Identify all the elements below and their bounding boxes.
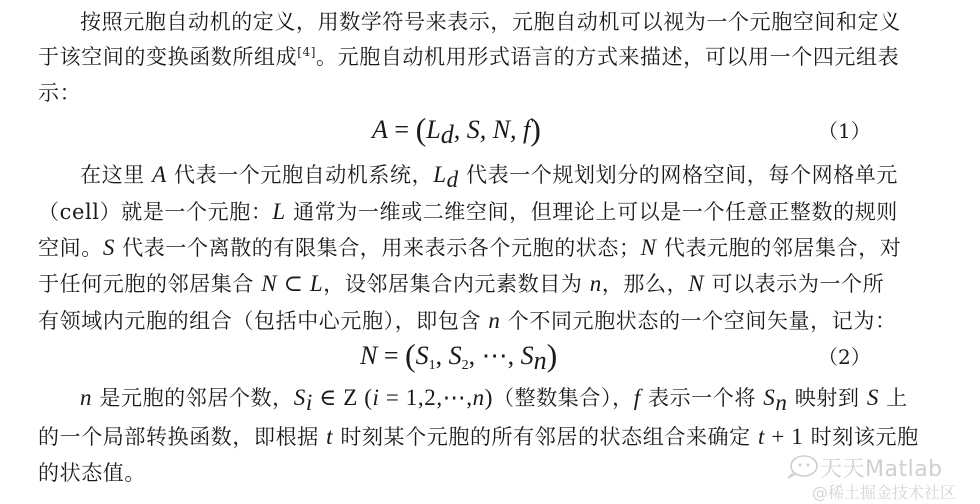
math-var: S [763,385,775,410]
text: 代表一个元胞自动机系统， [167,163,433,187]
math-var: S [521,341,534,370]
text: ，设邻居集合内元素数目为 [323,272,589,296]
math-sub: i [306,390,313,415]
math-paren: ( [405,337,416,373]
watermark-account: 天天Matlab [820,452,943,483]
text: 代表一个规划划分的网格空间，每个网格单元 [459,163,898,187]
math-op: = [377,341,405,370]
math-var: A [152,162,167,187]
math-op: + 1 [765,424,803,449]
equation-2: N = (S1, S2, ⋯, Sn) [360,340,557,371]
math-paren: ( [416,111,427,147]
math-var: t [758,424,765,449]
math-var: S [867,385,879,410]
text: 通常为一维或二维空间，但理论上可以是一个任意正整数的规则 [286,200,898,224]
paragraph-1-line-2: 于该空间的变换函数所组成[4]。元胞自动机用形式语言的方式来描述，可以用一个四元… [38,44,938,70]
citation-ref[interactable]: [4] [297,45,316,59]
text: 空间。 [38,236,103,260]
equation-2-number: （2） [818,344,871,370]
paragraph-3-line-1: n 是元胞的邻居个数，Si ∈ Z (i = 1,2,⋯,n)（整数集合），f … [80,385,980,411]
math-sub: n [534,346,547,375]
paragraph-1-line-1: 按照元胞自动机的定义，用数学符号来表示，元胞自动机可以视为一个元胞空间和定义 [80,9,980,35]
text: 是元胞的邻居个数， [92,386,294,410]
math-var: L [272,199,285,224]
text: 的状态值。 [38,461,146,485]
text: 时刻某个元胞的所有邻居的状态组合来确定 [333,425,758,449]
math-sub: 1 [429,358,436,373]
math-var: N [688,271,704,296]
math-op: , ⋯, [469,341,521,370]
paragraph-2-line-2: （cell）就是一个元胞：L 通常为一维或二维空间，但理论上可以是一个任意正整数… [38,199,938,225]
math-var: L [310,271,323,296]
text: （cell）就是一个元胞： [38,200,272,224]
math-sub: 2 [462,358,469,373]
text: 个不同元胞状态的一个空间矢量，记为： [500,309,896,333]
math-var: f [634,385,641,410]
paragraph-2-line-5: 有领域内元胞的组合（包括中心元胞），即包含 n 个不同元胞状态的一个空间矢量，记… [38,308,938,334]
math-op: = [388,115,416,144]
math-var: S [103,235,115,260]
text: （整数集合）， [493,386,634,410]
text: 于该空间的变换函数所组成 [38,45,297,69]
paragraph-2-line-3: 空间。S 代表一个离散的有限集合，用来表示各个元胞的状态；N 代表元胞的邻居集合… [38,235,938,261]
text: 表示一个将 [641,386,764,410]
text: 的一个局部转换函数，即根据 [38,425,326,449]
equation-1-number: （1） [818,118,871,144]
math-sub: d [447,167,459,192]
text: 代表元胞的邻居集合，对 [657,236,902,260]
math-sub: d [441,120,454,149]
math-var: A [372,115,388,144]
math-var: L [426,115,440,144]
math-paren: ) [547,337,558,373]
text: 代表一个离散的有限集合，用来表示各个元胞的状态； [115,236,641,260]
math-sub: n [775,390,787,415]
equation-1: A = (Ld, S, N, f) [372,114,541,145]
math-var: i [373,385,380,410]
paragraph-1-line-3: 示： [38,80,938,106]
math-var: S [416,341,429,370]
math-vars: , S, N, f [454,115,531,144]
math-var: n [488,308,500,333]
math-var: N [360,341,377,370]
math-var: S [294,385,306,410]
paragraph-2-line-4: 于任何元胞的邻居集合 N ⊂ L，设邻居集合内元素数目为 n，那么，N 可以表示… [38,271,938,297]
text: 于任何元胞的邻居集合 [38,272,261,296]
math-op: ⊂ [277,271,310,296]
text: 示： [38,81,81,105]
text: 。元胞自动机用形式语言的方式来描述，可以用一个四元组表 [316,45,899,69]
watermark-site: @稀土掘金技术社区 [812,480,956,503]
math-var: n [473,385,485,410]
math-var: L [433,162,446,187]
math-var: n [80,385,92,410]
text: 按照元胞自动机的定义，用数学符号来表示，元胞自动机可以视为一个元胞空间和定义 [80,10,901,34]
wechat-icon [780,452,820,482]
math-var: S [449,341,462,370]
paragraph-2-line-1: 在这里 A 代表一个元胞自动机系统，Ld 代表一个规划划分的网格空间，每个网格单… [80,162,980,188]
text: 时刻该元胞 [803,425,918,449]
text: 在这里 [80,163,152,187]
math-var: n [590,271,602,296]
math-paren: ( [364,385,372,410]
text: 有领域内元胞的组合（包括中心元胞），即包含 [38,309,488,333]
math-paren: ) [485,385,493,410]
text: 上 [879,386,908,410]
math-var: N [641,235,657,260]
math-paren: ) [530,111,541,147]
text: 可以表示为一个所 [704,272,884,296]
math-op: = 1,2,⋯, [380,385,473,410]
text: ，那么， [602,272,688,296]
math-op: ∈ Z [313,385,364,410]
paragraph-3-line-2: 的一个局部转换函数，即根据 t 时刻某个元胞的所有邻居的状态组合来确定 t + … [38,424,938,450]
text: 映射到 [787,386,866,410]
math-var: N [261,271,277,296]
